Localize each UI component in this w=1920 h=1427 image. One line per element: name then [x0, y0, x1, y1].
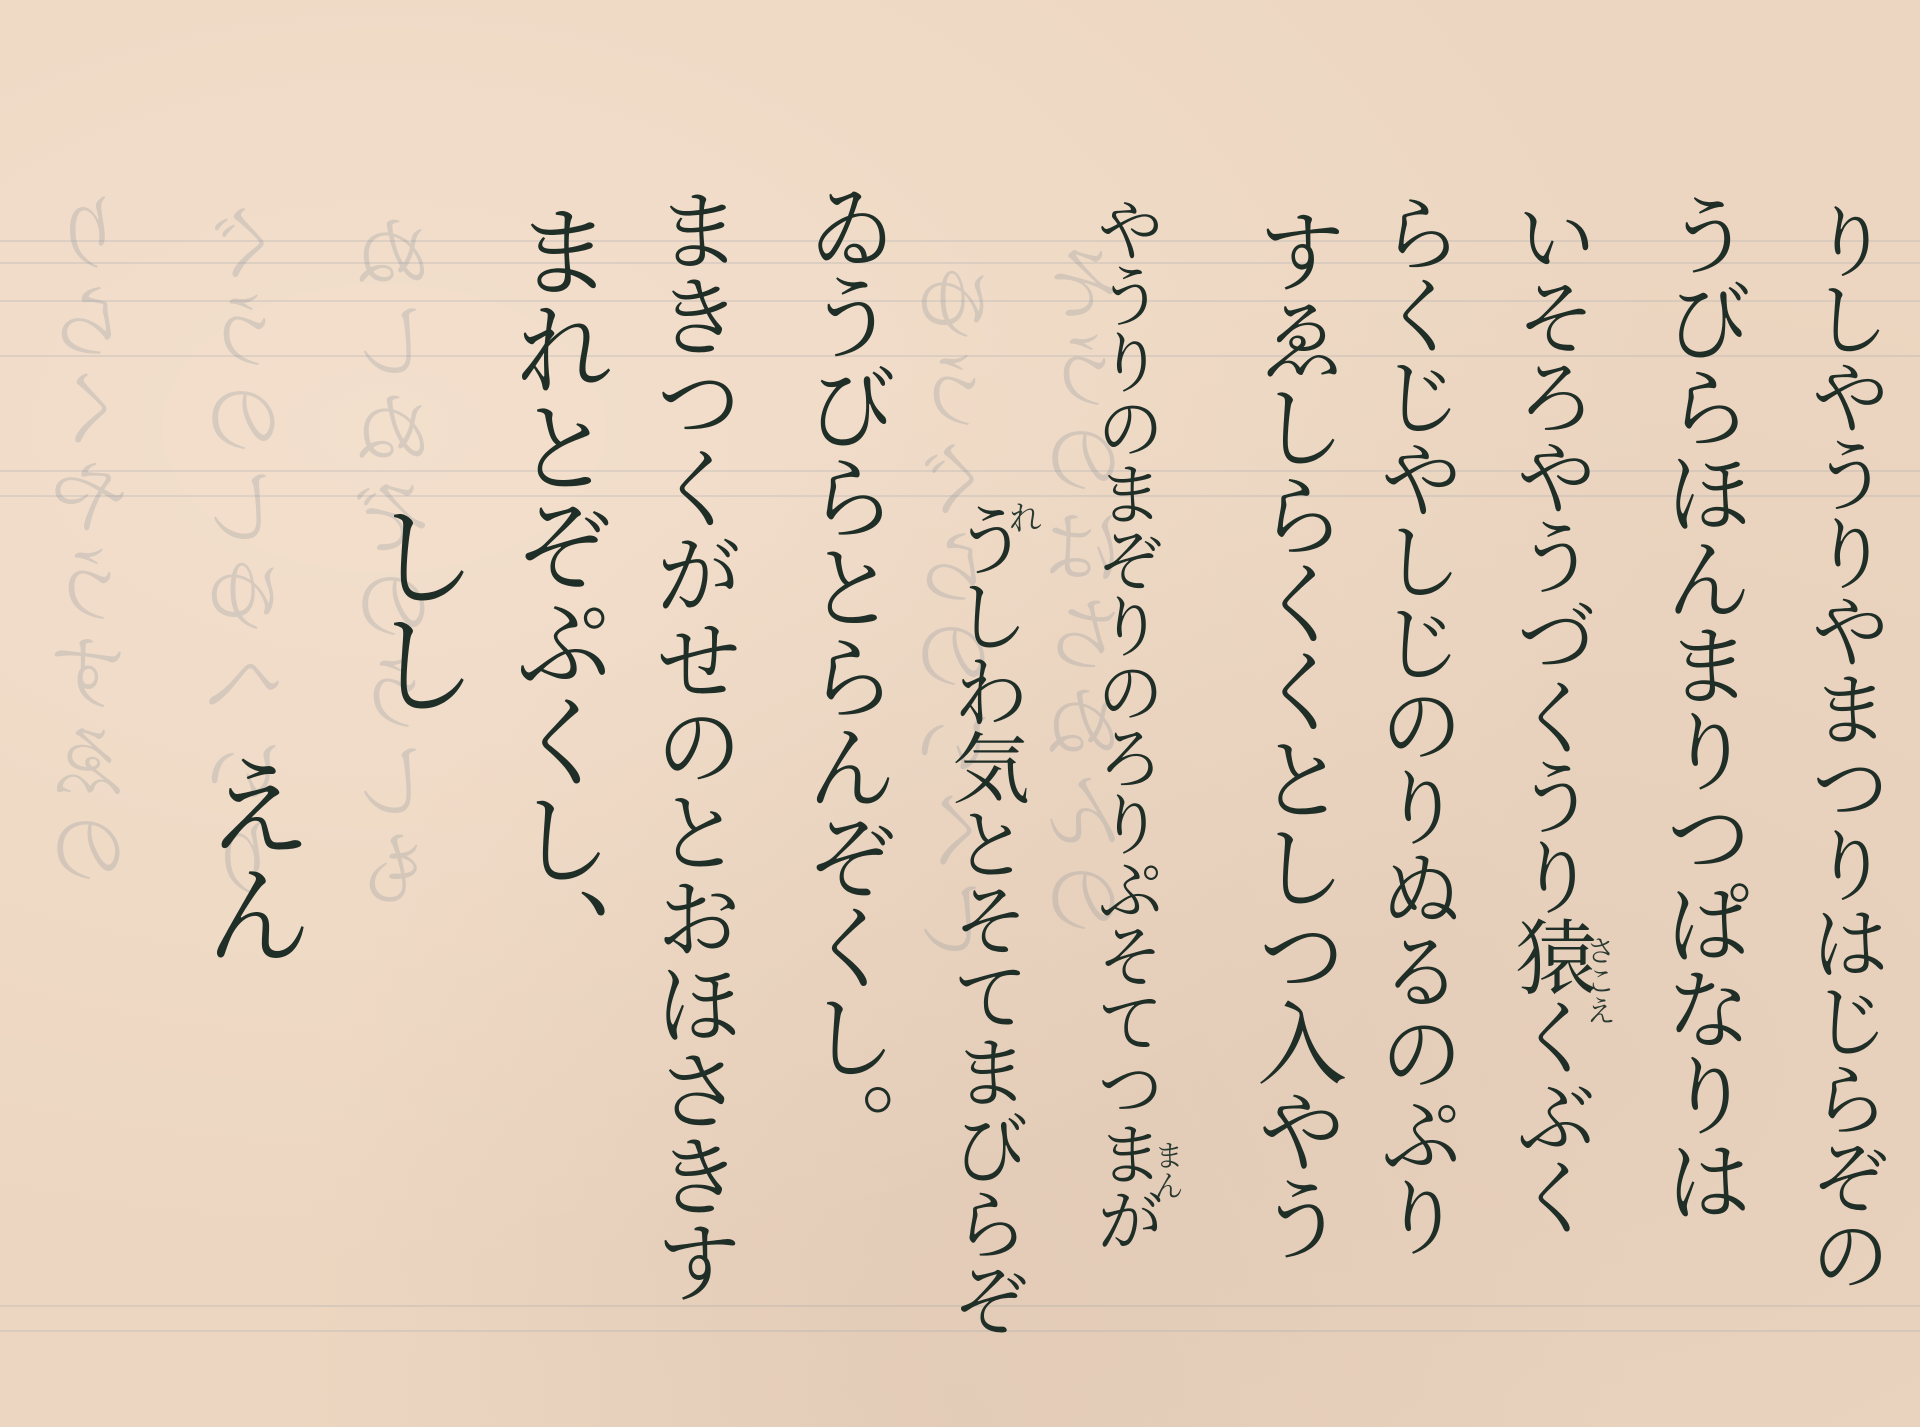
text-column-1: りしやうりやまつりはじらぞの — [1803, 200, 1883, 1292]
annotation-sakoe: さこえ — [1582, 935, 1612, 1025]
text-column-5: すゑしらくくとしつ入やう — [1248, 205, 1338, 1261]
text-column-2: うびらほんまりつぱなりは — [1658, 190, 1746, 1222]
signature-column: えん — [195, 750, 305, 966]
annotation-re: れ — [1005, 500, 1039, 534]
text-column-6: やうりのまぞりのろりぷそてつまが — [1090, 195, 1158, 1251]
text-column-3: いそろやうづくうり猿くぶく — [1508, 195, 1590, 1235]
text-column-11: しし — [360, 500, 470, 716]
text-column-7: うしわ気とそてまびらぞ — [945, 500, 1023, 1336]
manuscript-page: りらくやうすゑの ぐうのしゆへいり ぬしぬぞのうしも ゆうぐらのいくし そうのは… — [0, 0, 1920, 1427]
text-column-9: まきつくがせのとおほさきす — [648, 185, 736, 1303]
ghost-text-column: りらくやうすゑの — [55, 190, 137, 894]
text-column-4: らくじやしじのりぬるのぷり — [1373, 190, 1457, 1256]
annotation-man: まん — [1150, 1140, 1180, 1200]
text-column-10: まれとぞぷくし、 — [505, 200, 605, 984]
text-column-8: ゐうびらとらんぞくし。 — [798, 180, 890, 1170]
